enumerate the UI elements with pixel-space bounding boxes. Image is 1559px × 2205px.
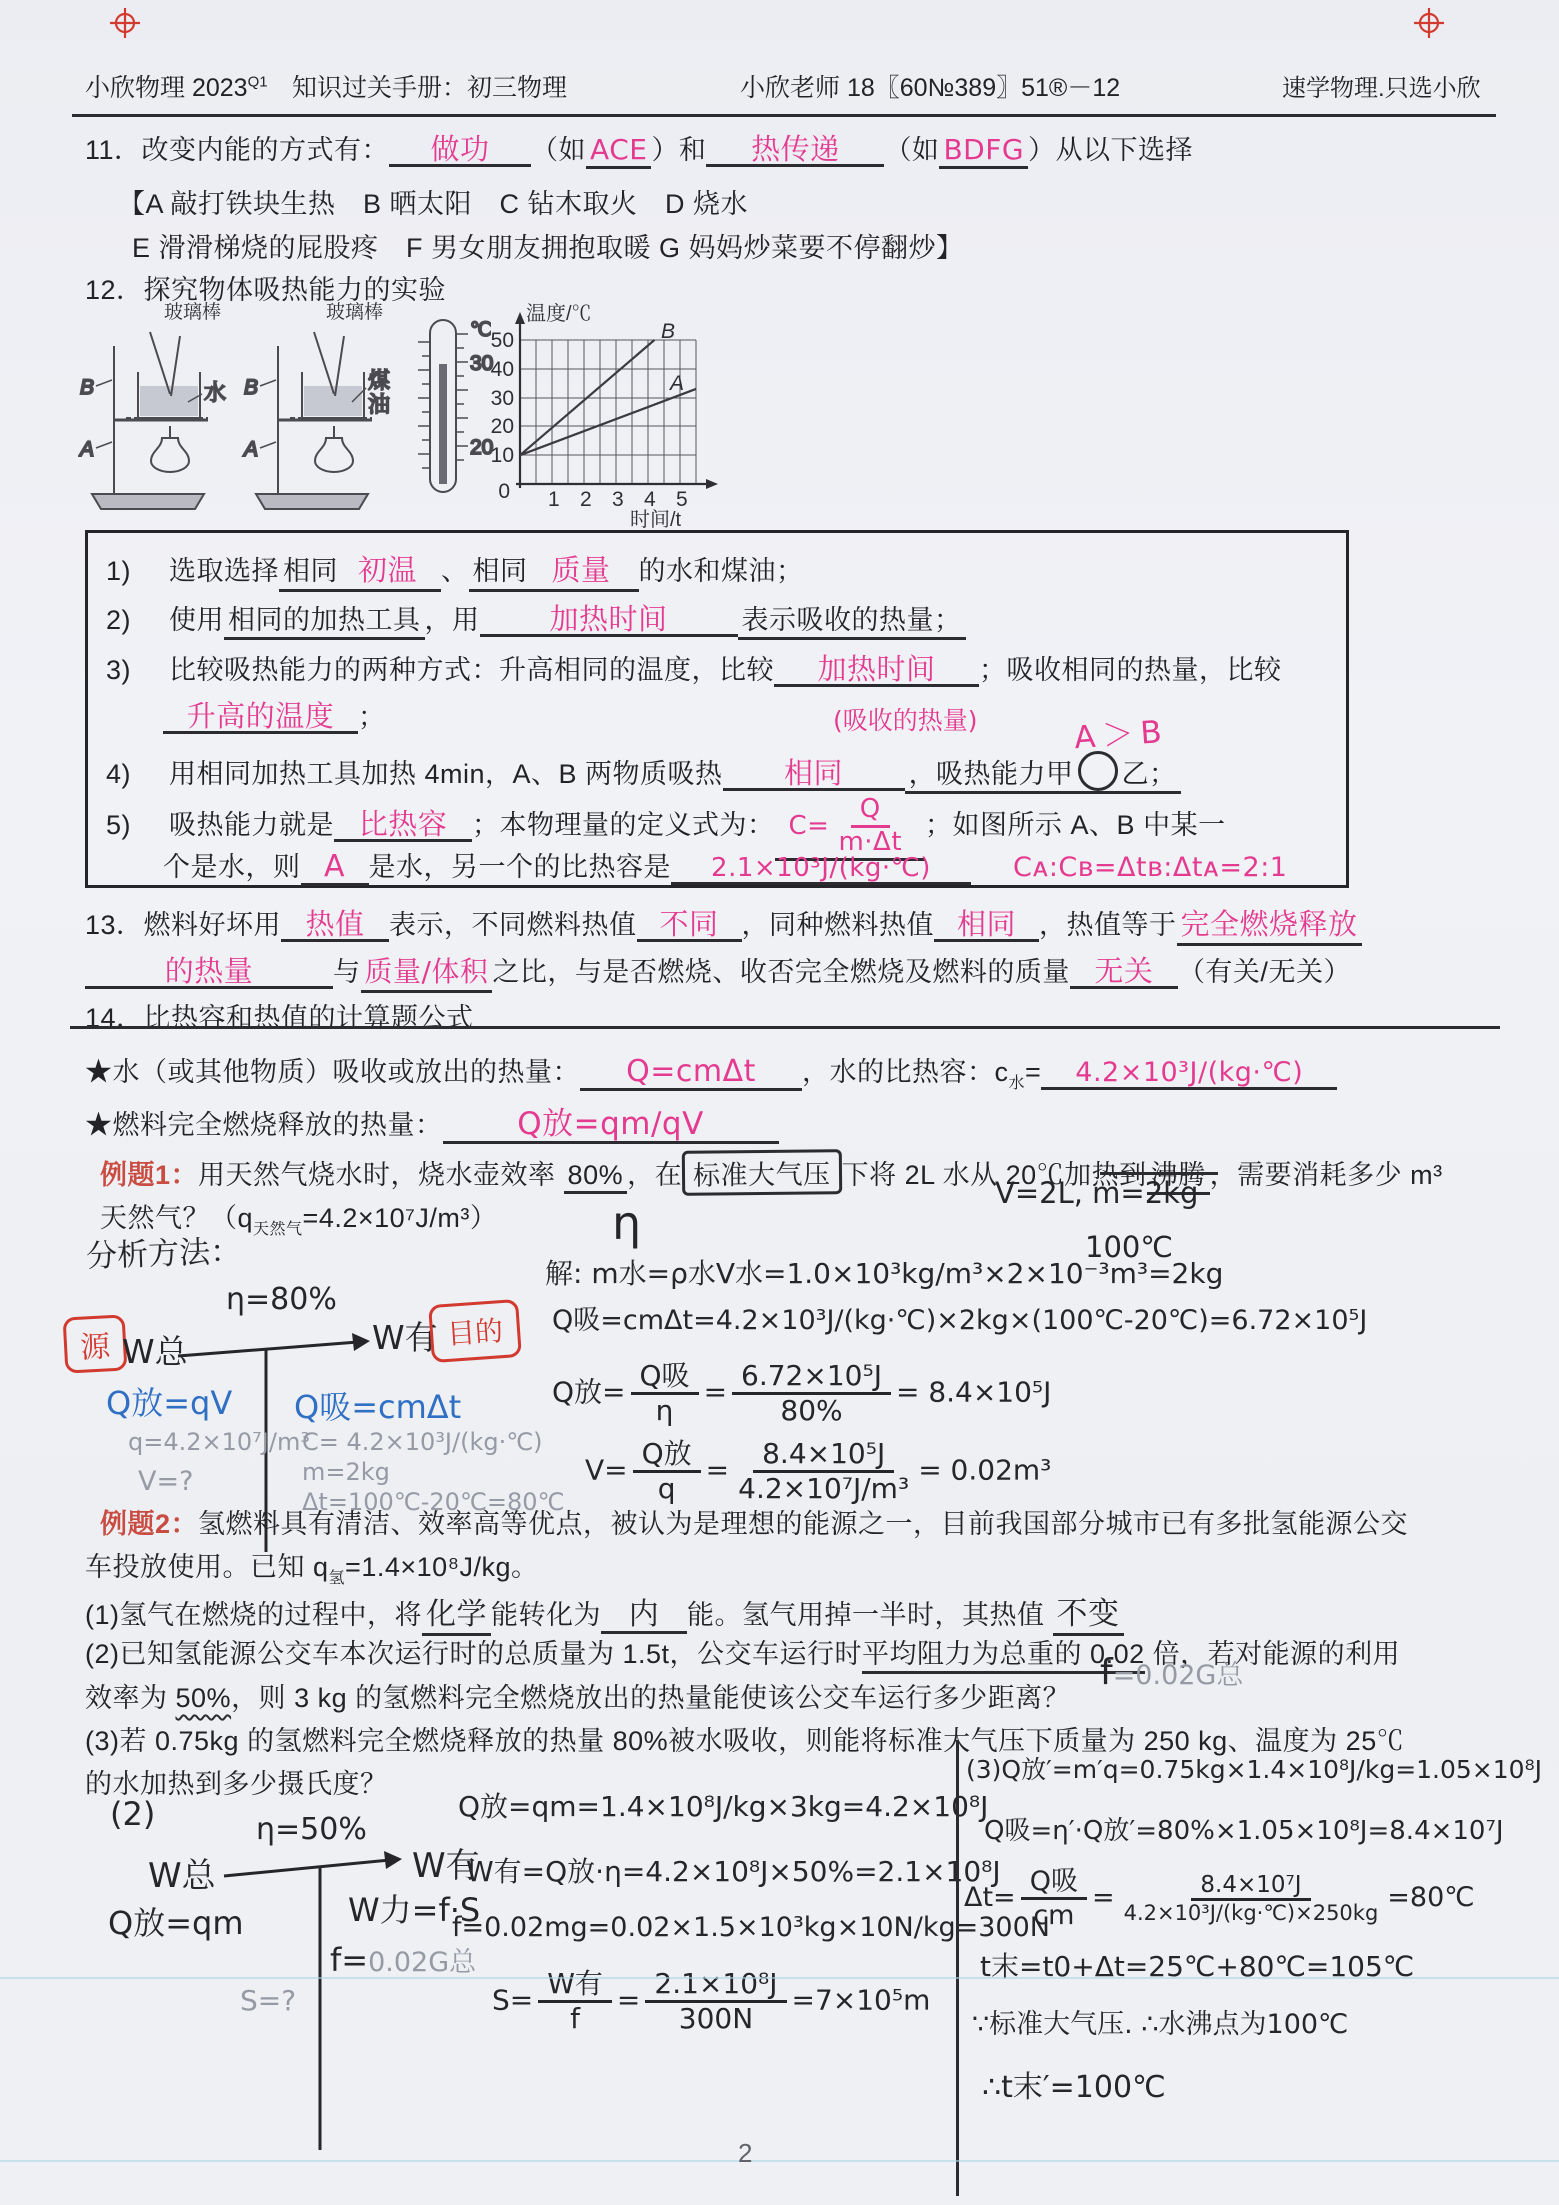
ex2-p1t1: (1)氢气在燃烧的过程中，将 [85, 1600, 422, 1630]
q13-answer-xiangtong: 相同 [957, 907, 1016, 941]
formula-water-eq: = [1025, 1057, 1041, 1087]
sol2-m1: Q放=qm=1.4×10⁸J/kg×3kg=4.2×10⁸J [458, 1785, 988, 1825]
graph-xtick-3: 3 [612, 488, 624, 511]
glass-rod-label-1: 玻璃棒 [164, 301, 221, 323]
formula-fuel-label: ★燃料完全燃烧释放的热量： [85, 1110, 443, 1140]
example1-line1: 例题1：用天然气烧水时，烧水壶效率 80%，在标准大气压下将 2L 水从 20℃… [100, 1150, 1443, 1195]
ex2-answer-unchanged: 不变 [1053, 1588, 1124, 1636]
ex2-p1t3: 能。氢气用掉一半时，其热值 [687, 1600, 1045, 1630]
ex2-hand-f: f=0.02G总 [1100, 1652, 1243, 1693]
ex1-solution-line4: V=Q放q=8.4×10⁵J4.2×10⁷J/m³= 0.02m³ [585, 1438, 1051, 1505]
ex2-p1t2: 能转化为 [491, 1600, 601, 1630]
sol3-r3-eq: = [1092, 1882, 1115, 1913]
item4-t3: 乙； [1122, 759, 1177, 789]
item5-answer-a: A [324, 849, 345, 884]
sol3-r3-d2: 4.2×10³J/(kg·℃)×250kg [1120, 1901, 1383, 1925]
thermometer-unit: ℃ [470, 320, 491, 341]
item2-t3: 表示吸收的热量； [738, 598, 966, 640]
sol3-r3-pre: Δt= [964, 1882, 1016, 1913]
graph-grid [520, 340, 696, 484]
q11-answer-ace: ACE [586, 133, 651, 169]
sol2-m4-eq: = [617, 1984, 640, 2017]
q11-t2: （如 [531, 135, 586, 165]
item1-u1: 相同初温 [279, 548, 441, 592]
q11-t4: （如 [884, 135, 939, 165]
item1-u1-text: 相同 [283, 556, 338, 586]
item1-t1: 选取选择 [169, 556, 279, 586]
curve-b-label: B [661, 320, 675, 343]
q13-answer-rezhi: 热值 [306, 907, 365, 941]
ex1-s3-d2: 80% [776, 1395, 846, 1427]
graph-xlabel: 时间/t [630, 508, 682, 528]
ex1-s4-d1: q [654, 1473, 680, 1505]
q13-answer-wanquan: 完全燃烧释放 [1177, 902, 1362, 946]
ex2-p2-wavy-50: 50% [176, 1683, 232, 1713]
ex1-hand-vm: V=2L, m=2kg [995, 1176, 1198, 1210]
ex2-t2sub: 氢 [329, 1570, 346, 1587]
graph-axes [516, 318, 712, 488]
ex1-q-in: Q吸=cmΔt [294, 1382, 461, 1428]
formula-fuel: ★燃料完全燃烧释放的热量：Q放=qm/qV [85, 1103, 779, 1144]
ex2-p2t3a: 效率为 [85, 1683, 176, 1713]
ex1-s3-n1: Q吸 [631, 1360, 699, 1395]
ex1-gray-m: m=2kg [302, 1458, 390, 1486]
sol3-r2: Q吸=η′·Q放′=80%×1.05×10⁸J=8.4×10⁷J [984, 1810, 1504, 1847]
box-item-2: 2)使用相同的加热工具，用加热时间表示吸收的热量； [106, 598, 966, 640]
ex2-f-value: =0.02G总 [1113, 1660, 1244, 1691]
sol2-m4-n1: W有 [538, 1968, 612, 2003]
ex2-p2t1: (2)已知氢能源公交车本次运行时的总质量为 1.5t，公交车运行时 [85, 1639, 862, 1669]
sol3-r3-post: =80℃ [1387, 1882, 1474, 1913]
sol3-r1: (3)Q放′=m′q=0.75kg×1.4×10⁸J/kg=1.05×10⁸J [966, 1750, 1542, 1786]
curve-a-label: A [668, 372, 684, 395]
sol3-r4: t末=t0+Δt=25℃+80℃=105℃ [980, 1945, 1414, 1985]
q11-t5: ）从以下选择 [1028, 135, 1193, 165]
q11-answer-rechuandi: 热传递 [751, 132, 840, 166]
sol3-r3-n2: 8.4×10⁷J [1191, 1872, 1310, 1901]
graph-xtick-4: 4 [644, 488, 656, 511]
sol2-m3: f=0.02mg=0.02×1.5×10³kg×10N/kg=300N [452, 1912, 1050, 1943]
ex1-gray-c: C= 4.2×10³J/(kg·℃) [302, 1428, 543, 1456]
brand-sup: Q1 [248, 74, 268, 91]
sol3-r3-d1: cm [1029, 1900, 1078, 1931]
ex1-t1b: ，在 [627, 1160, 682, 1190]
page-number: 2 [738, 2138, 752, 2169]
experiment-figure: B A 水 玻璃棒 B A 煤 油 玻璃棒 [78, 300, 738, 528]
ex2-answer-internal: 内 [629, 1597, 660, 1632]
ex2-t2b: =1.4×10⁸J/kg。 [345, 1552, 539, 1582]
sol2-m4-d2: 300N [675, 2003, 757, 2035]
scanned-worksheet-page: 小欣物理 2023Q1 知识过关手册：初三物理 小欣老师 18〖60№389〗5… [0, 0, 1559, 2205]
item5-f-pre: C= [789, 811, 830, 841]
formula-q-cmdt: Q=cmΔt [626, 1054, 756, 1089]
stand2-label-b: B [244, 376, 258, 399]
item1-answer-zhiliang: 质量 [528, 553, 635, 587]
graph-ytick-50: 50 [491, 329, 514, 352]
item3-answer-jiareshijian: 加热时间 [818, 652, 936, 686]
q13-t6: 之比，与是否燃烧、收否完全燃烧及燃料的质量 [492, 957, 1070, 987]
item1-t2: 、 [441, 556, 469, 586]
ex1-s4-d2: 4.2×10⁷J/m³ [734, 1473, 913, 1505]
item5-answer-specific-heat: 2.1×10³J/(kg·℃) [711, 853, 931, 883]
sol2-m2: W有=Q放·η=4.2×10⁸J×50%=2.1×10⁸J [466, 1850, 1001, 1890]
sol3-r6: ∴t末′=100℃ [982, 2062, 1166, 2106]
item5-f-num: Q [851, 795, 890, 828]
q13-t1: 13．燃料好坏用 [85, 910, 281, 940]
registration-mark [1412, 6, 1446, 40]
sol2-f: f=0.02G总 [330, 1940, 476, 1979]
item1-t3: 的水和煤油； [639, 556, 804, 586]
sol3-r3-n1: Q吸 [1021, 1866, 1087, 1900]
comparison-circle [1078, 751, 1118, 791]
ruled-line-artifact [0, 1977, 1559, 1979]
q13-answer-dereliang: 的热量 [165, 954, 254, 988]
item5-t5: 是水，另一个的比热容是 [369, 852, 672, 882]
q11-options-1: 【A 敲打铁块生热 B 晒太阳 C 钻木取火 D 烧水 [118, 182, 748, 221]
ex1-efficiency: 80% [564, 1160, 628, 1194]
graph-xtick-5: 5 [676, 488, 688, 511]
q13-t2: 表示，不同燃料热值 [389, 910, 637, 940]
ruled-line-artifact [0, 2160, 1559, 2162]
item3-num: 3) [106, 655, 131, 685]
ex1-purpose-box: 目的 [428, 1299, 522, 1363]
graph-ylabel: 温度/℃ [526, 302, 592, 325]
formula-c-water-value: 4.2×10³J/(kg·℃) [1075, 1057, 1303, 1088]
box-item-5b: 个是水，则A是水，另一个的比热容是2.1×10³J/(kg·℃)Cᴀ:Cʙ=Δt… [163, 845, 1287, 886]
solution-column-divider [956, 1740, 959, 2196]
ex1-t1a: 用天然气烧水时，烧水壶效率 [198, 1160, 564, 1190]
ex1-s3-eq: = [704, 1376, 727, 1409]
graph-origin: 0 [498, 480, 510, 503]
question-14-title: 14．比热容和热值的计算题公式 [85, 996, 474, 1035]
item1-answer-chuwen: 初温 [338, 553, 437, 587]
graph-xtick-1: 1 [548, 488, 560, 511]
item5-num: 5) [106, 810, 131, 840]
ex1-t2b: =4.2×10⁷J/m³） [303, 1203, 498, 1233]
item4-t1: 用相同加热工具加热 4min，A、B 两物质吸热 [169, 759, 723, 789]
curve-a [520, 389, 696, 455]
section-divider [70, 1026, 1500, 1029]
ex1-t2sub: 天然气 [253, 1221, 303, 1238]
formula-water: ★水（或其他物质）吸收或放出的热量：Q=cmΔt，水的比热容：c水=4.2×10… [85, 1050, 1337, 1093]
sol2-q-out: Q放=qm [108, 1898, 244, 1944]
item5-t3: ；如图所示 A、B 中某一 [925, 810, 1226, 840]
sol2-f1: f= [330, 1941, 368, 1979]
formula-water-label: ★水（或其他物质）吸收或放出的热量： [85, 1057, 580, 1087]
header-divider [72, 114, 1496, 117]
sol2-f2: 0.02G总 [368, 1947, 476, 1978]
item3-note: (吸收的热量) [833, 701, 978, 737]
ex1-solution-line1: 解: m水=ρ水V水=1.0×10³kg/m³×2×10⁻³m³=2kg [545, 1252, 1223, 1292]
item2-u1: 相同的加热工具 [224, 598, 425, 640]
item3-t2: ；吸收相同的热量，比较 [979, 655, 1282, 685]
item4-overlay-a-gt-b: A＞B [1073, 706, 1170, 757]
item4-num: 4) [106, 759, 131, 789]
q11-answer-bdfg: BDFG [939, 133, 1028, 169]
ex1-hand-eta: η [612, 1196, 641, 1250]
graph-ytick-40: 40 [491, 358, 514, 381]
sol2-label: (2) [110, 1795, 155, 1833]
summary-box: 1)选取选择相同初温、相同质量的水和煤油； 2)使用相同的加热工具，用加热时间表… [85, 530, 1349, 888]
stand-water: B A 水 [78, 332, 226, 509]
ex1-gray-q: q=4.2×10⁷J/m³ [128, 1428, 310, 1456]
ex1-s4-n2: 8.4×10⁵J [753, 1438, 894, 1473]
q13-answer-wuguan: 无关 [1094, 954, 1153, 988]
item2-t2: ，用 [425, 605, 480, 635]
sol2-m4-d1: f [566, 2003, 584, 2035]
q11-text: 11．改变内能的方式有： [85, 135, 389, 165]
ex1-s3-post: = 8.4×10⁵J [896, 1376, 1051, 1409]
ex2-p2t3b: ，则 3 kg 的氢燃料完全燃烧放出的热量能使该公交车运行多少距离？ [231, 1683, 1070, 1713]
ex1-eta-label: η=80% [226, 1282, 337, 1317]
sol2-w-total: W总 [148, 1848, 216, 1897]
example2-line2: 车投放使用。已知 q氢=1.4×10⁸J/kg。 [85, 1545, 539, 1588]
ex1-s4-n1: Q放 [633, 1438, 701, 1473]
example2-part2b: 效率为 50%，则 3 kg 的氢燃料完全燃烧放出的热量能使该公交车运行多少距离… [85, 1676, 1070, 1715]
ex2-t1: 氢燃料具有清洁、效率高等优点，被认为是理想的能源之一，目前我国部分城市已有多批氢… [198, 1509, 1408, 1539]
graph-ytick-20: 20 [491, 415, 514, 438]
item5-t1: 吸热能力就是 [169, 810, 334, 840]
sol2-m4-pre: S= [492, 1984, 533, 2017]
ex1-s4-eq: = [706, 1454, 729, 1487]
q11-answer-zuogong: 做功 [431, 132, 490, 166]
ex1-source-box: 源 [63, 1314, 128, 1373]
header-teacher: 小欣老师 18〖60№389〗51®－12 [740, 68, 1120, 104]
ex1-solution-line2: Q吸=cmΔt=4.2×10³J/(kg·℃)×2kg×(100℃-20℃)=6… [552, 1298, 1367, 1337]
ex2-t2a: 车投放使用。已知 q [85, 1552, 329, 1582]
item5-t4: 个是水，则 [163, 852, 301, 882]
sol2-m4-post: =7×10⁵m [792, 1984, 931, 2017]
ex1-analysis-label: 分析方法： [85, 1225, 241, 1275]
item3-answer-shenggaowendu: 升高的温度 [187, 699, 335, 733]
ex1-s3-d1: η [652, 1395, 678, 1427]
item5-answer-birerong: 比热容 [359, 807, 448, 841]
ex1-s3-n2: 6.72×10⁵J [732, 1360, 891, 1395]
box-item-1: 1)选取选择相同初温、相同质量的水和煤油； [106, 548, 804, 592]
box-item-3b: 升高的温度； [163, 695, 386, 734]
graph-ytick-30: 30 [491, 387, 514, 410]
sol2-m4-n2: 2.1×10⁸J [645, 1968, 786, 2003]
header-handbook: 知识过关手册：初三物理 [292, 68, 567, 104]
example2-part1: (1)氢气在燃烧的过程中，将化学能转化为内能。氢气用掉一半时，其热值不变 [85, 1588, 1124, 1636]
example1-label: 例题1： [100, 1160, 198, 1190]
item2-t1: 使用 [169, 605, 224, 635]
stand2-label-a: A [242, 438, 258, 461]
item4-compare: ，吸热能力甲乙； [905, 751, 1181, 794]
item5-t2: ；本物理量的定义式为： [472, 810, 775, 840]
item4-t2: ，吸热能力甲 [909, 759, 1074, 789]
stand1-label-a: A [78, 438, 94, 461]
formula-water-mid: ，水的比热容：c [802, 1057, 1009, 1087]
brand-text: 小欣物理 2023 [85, 74, 248, 102]
item1-num: 1) [106, 556, 131, 586]
thermometer: ℃ 30 20 [418, 320, 493, 492]
graph-xtick-2: 2 [580, 488, 592, 511]
header-brand: 小欣物理 2023Q1 [85, 68, 268, 104]
sol2-s-question: S=? [240, 1984, 296, 2017]
item3-t1: 比较吸热能力的两种方式：升高相同的温度，比较 [169, 655, 774, 685]
q11-t3: ）和 [651, 135, 706, 165]
ex1-standard-pressure: 标准大气压 [682, 1149, 842, 1196]
header-slogan: 速学物理.只选小欣 [1282, 68, 1481, 103]
water-label: 水 [204, 380, 226, 405]
ex1-q-out: Q放=qV [106, 1378, 232, 1424]
ex1-s4-pre: V= [585, 1454, 628, 1487]
item5-ratio-note: Cᴀ:Cʙ=Δtʙ:Δtᴀ=2:1 [1013, 852, 1287, 883]
q13-t7: （有关/无关） [1178, 957, 1351, 987]
stand-kerosene: B A 煤 油 [242, 332, 390, 509]
example2-line1: 例题2：氢燃料具有清洁、效率高等优点，被认为是理想的能源之一，目前我国部分城市已… [100, 1502, 1408, 1541]
box-item-4: 4)用相同加热工具加热 4min，A、B 两物质吸热相同，吸热能力甲乙； [106, 751, 1181, 794]
ex1-t1d: ，需要消耗多少 m³ [1210, 1160, 1443, 1190]
item1-u2: 相同质量 [469, 548, 639, 592]
q13-answer-zhiliang-tiji: 质量/体积 [361, 950, 493, 993]
box-item-3: 3)比较吸热能力的两种方式：升高相同的温度，比较加热时间；吸收相同的热量，比较 [106, 648, 1282, 687]
item4-answer-xiangtong: 相同 [784, 756, 843, 790]
q13-t5: 与 [333, 957, 361, 987]
ex2-f-symbol: f [1100, 1652, 1113, 1693]
question-11: 11．改变内能的方式有：做功（如ACE）和热传递（如BDFG）从以下选择 [85, 128, 1193, 169]
item2-answer-jiareshijian: 加热时间 [550, 602, 668, 636]
ex1-gray-v: V=? [138, 1466, 193, 1497]
ex1-s3-pre: Q放= [552, 1376, 626, 1409]
q13-t3: ，同种燃料热值 [742, 910, 935, 940]
q11-options-2: E 滑滑梯烧的屁股疼 F 男女朋友拥抱取暖 G 妈妈炒菜要不停翻炒】 [132, 226, 964, 265]
kerosene-label-1: 煤 [368, 368, 390, 393]
q13-answer-butong: 不同 [660, 907, 719, 941]
ex1-s4-post: = 0.02m³ [918, 1454, 1051, 1487]
ex1-w-useful: W有 [372, 1312, 438, 1359]
registration-mark [108, 6, 142, 40]
heating-graph-group: 温度/℃ 50 40 30 20 10 0 1 2 3 4 5 时间/t B A [491, 302, 718, 528]
question-13b: 的热量与质量/体积之比，与是否燃烧、收否完全燃烧及燃料的质量无关（有关/无关） [85, 950, 1351, 993]
sol3-r5: ∵标准大气压. ∴水沸点为100℃ [972, 2002, 1348, 2041]
ex1-solution-line3: Q放=Q吸η=6.72×10⁵J80%= 8.4×10⁵J [552, 1360, 1051, 1427]
glass-rod-label-2: 玻璃棒 [326, 301, 383, 323]
ex1-vm-overbar [1100, 1172, 1218, 1175]
item1-u2-text: 相同 [473, 556, 528, 586]
item2-num: 2) [106, 605, 131, 635]
graph-ytick-10: 10 [491, 444, 514, 467]
example2-label: 例题2： [100, 1509, 198, 1539]
formula-water-sub: 水 [1009, 1075, 1026, 1092]
stand1-label-b: B [80, 376, 94, 399]
question-13: 13．燃料好坏用热值表示，不同燃料热值不同，同种燃料热值相同，热值等于完全燃烧释… [85, 902, 1362, 946]
kerosene-label-2: 油 [368, 392, 390, 417]
q13-t4: ，热值等于 [1039, 910, 1177, 940]
item3-t3: ； [358, 702, 386, 732]
ex2-answer-chemical: 化学 [422, 1589, 491, 1636]
sol3-r3: Δt=Q吸cm=8.4×10⁷J4.2×10³J/(kg·℃)×250kg=80… [964, 1866, 1475, 1931]
formula-q-release: Q放=qm/qV [517, 1106, 704, 1142]
